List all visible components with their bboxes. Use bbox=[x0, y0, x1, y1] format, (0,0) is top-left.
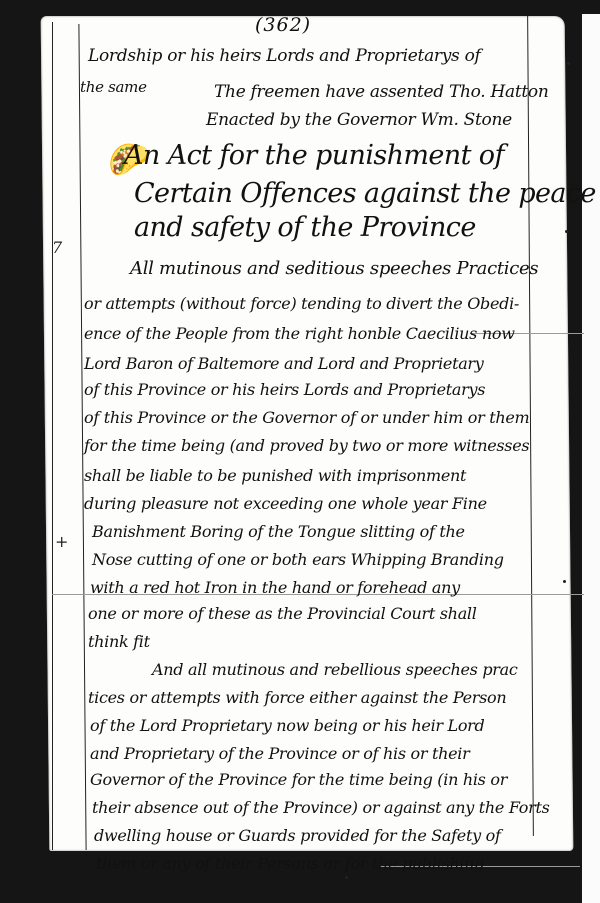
body-line: dwelling house or Guards provided for th… bbox=[94, 826, 501, 845]
body-line: of this Province or his heirs Lords and … bbox=[84, 380, 485, 399]
body-line: them or any of their Persons or for the … bbox=[96, 854, 484, 873]
body-line: with a red hot Iron in the hand or foreh… bbox=[90, 578, 460, 597]
body-line: All mutinous and seditious speeches Prac… bbox=[130, 258, 538, 279]
page-number: (362) bbox=[255, 14, 311, 36]
act-title-line: An Act for the punishment of bbox=[124, 140, 504, 171]
body-line: one or more of these as the Provincial C… bbox=[88, 604, 477, 623]
body-line: ence of the People from the right honble… bbox=[84, 324, 515, 343]
body-line: think fit bbox=[88, 632, 150, 651]
ink-speck bbox=[345, 876, 348, 879]
body-line: during pleasure not exceeding one whole … bbox=[84, 494, 487, 513]
ink-speck bbox=[565, 230, 568, 233]
body-line: Lord Baron of Baltemore and Lord and Pro… bbox=[84, 354, 484, 373]
body-line: Banishment Boring of the Tongue slitting… bbox=[92, 522, 465, 541]
body-line: Nose cutting of one or both ears Whippin… bbox=[92, 550, 504, 569]
left-outer-margin-rule bbox=[52, 22, 53, 850]
body-line: shall be liable to be punished with impr… bbox=[84, 466, 466, 485]
header-line: Lordship or his heirs Lords and Propriet… bbox=[88, 46, 481, 66]
enacted-line: Enacted by the Governor Wm. Stone bbox=[206, 110, 512, 130]
ink-speck bbox=[563, 580, 566, 583]
body-line: tices or attempts with force either agai… bbox=[88, 688, 506, 707]
act-title-line: and safety of the Province bbox=[134, 212, 476, 243]
margin-mark: 7 bbox=[52, 238, 62, 257]
body-line: for the time being (and proved by two or… bbox=[84, 436, 529, 455]
act-title-line: Certain Offences against the peace bbox=[134, 178, 596, 209]
assent-line: The freemen have assented Tho. Hatton bbox=[214, 82, 549, 102]
body-line: Governor of the Province for the time be… bbox=[90, 770, 507, 789]
paragraph-start-line: And all mutinous and rebellious speeches… bbox=[152, 660, 518, 679]
adjacent-page-edge bbox=[582, 14, 600, 903]
ink-speck bbox=[567, 62, 570, 65]
header-line: the same bbox=[80, 78, 147, 96]
body-line: their absence out of the Province) or ag… bbox=[92, 798, 550, 817]
body-line: of the Lord Proprietary now being or his… bbox=[90, 716, 484, 735]
margin-mark: + bbox=[55, 532, 68, 551]
body-line: or attempts (without force) tending to d… bbox=[84, 294, 519, 313]
body-line: of this Province or the Governor of or u… bbox=[84, 408, 529, 427]
body-line: and Proprietary of the Province or of hi… bbox=[90, 744, 469, 763]
